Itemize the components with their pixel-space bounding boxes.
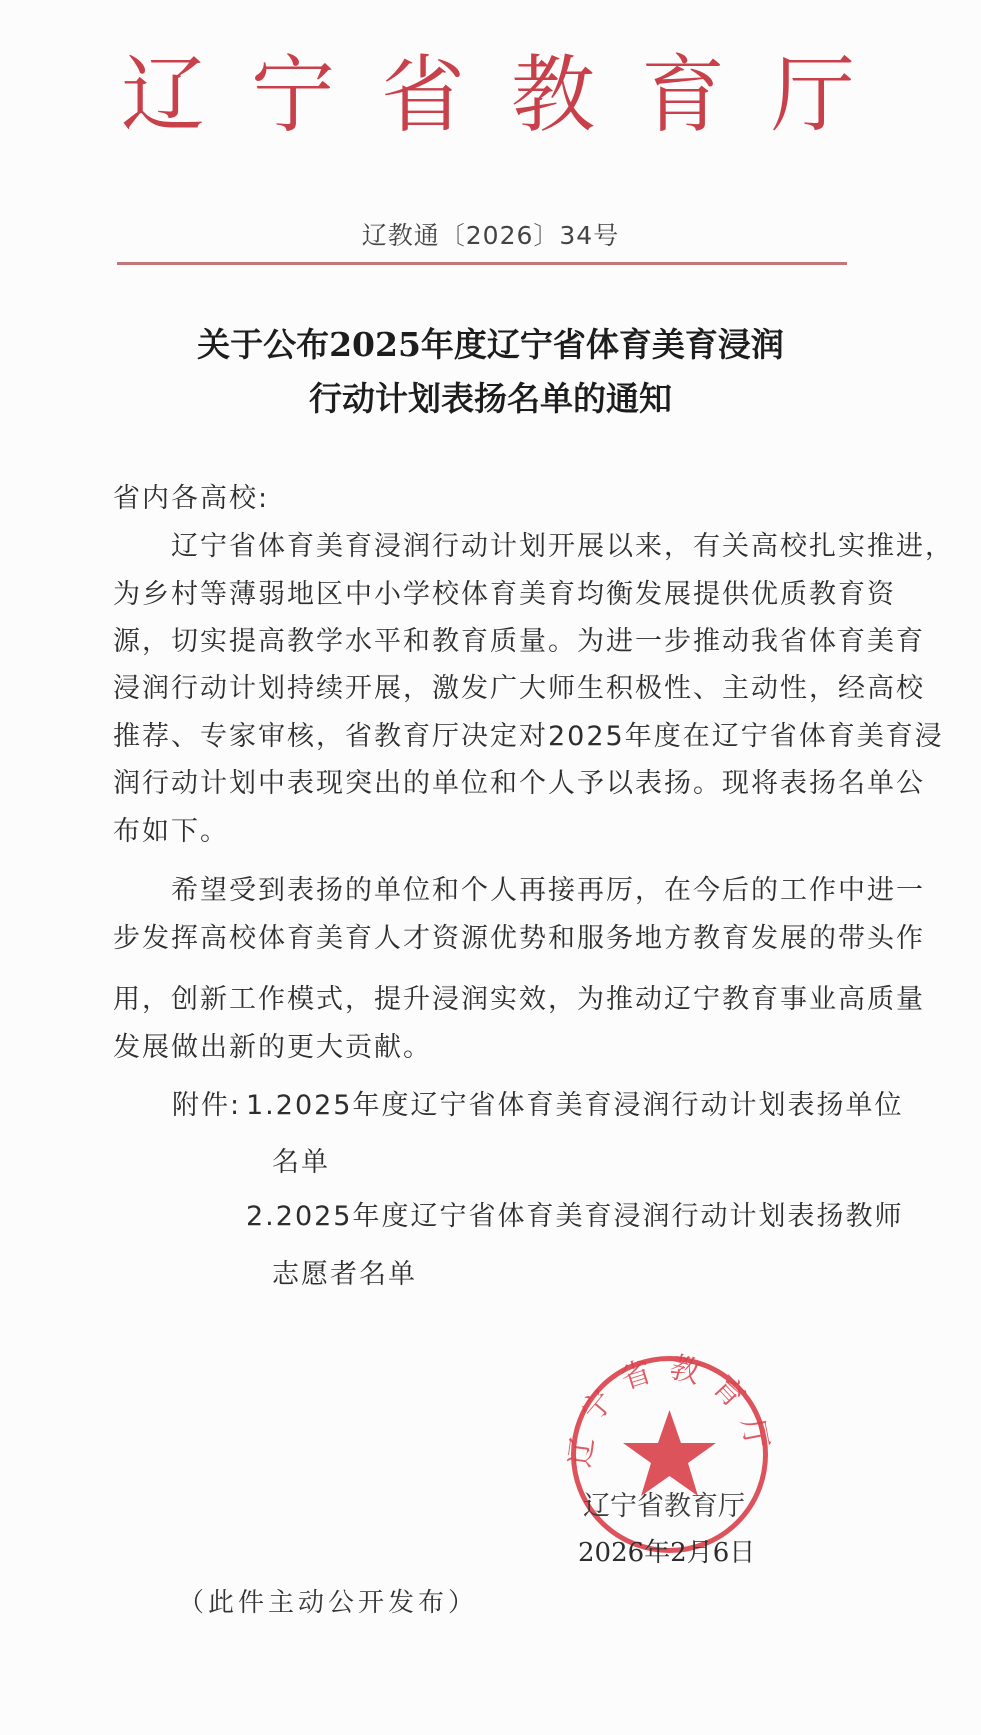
body-line: 希望受到表扬的单位和个人再接再厉，在今后的工作中进一 — [113, 874, 853, 908]
body-line: 布如下。 — [113, 815, 853, 849]
header-divider — [117, 262, 847, 265]
document-title-line-2: 行动计划表扬名单的通知 — [0, 372, 981, 426]
attachments-label: 附件: — [172, 1089, 241, 1123]
attachment-2-continued: 志愿者名单 — [272, 1258, 417, 1292]
attachment-1-continued: 名单 — [272, 1146, 330, 1180]
body-line: 为乡村等薄弱地区中小学校体育美育均衡发展提供优质教育资 — [113, 578, 853, 612]
header-char: 省 — [378, 28, 468, 149]
signing-organization: 辽宁省教育厅 — [583, 1484, 745, 1523]
header-char: 教 — [508, 28, 598, 149]
body-line: 浸润行动计划持续开展，激发广大师生积极性、主动性，经高校 — [113, 672, 853, 706]
body-line: 辽宁省体育美育浸润行动计划开展以来，有关高校扎实推进， — [113, 530, 853, 564]
body-line: 步发挥高校体育美育人才资源优势和服务地方教育发展的带头作 — [113, 922, 853, 956]
issuing-organization-header: 辽 宁 省 教 育 厅 — [118, 38, 858, 138]
body-line: 发展做出新的更大贡献。 — [113, 1031, 853, 1065]
salutation: 省内各高校: — [113, 482, 853, 516]
document-title-line-1: 关于公布2025年度辽宁省体育美育浸润 — [0, 318, 981, 372]
publication-note: （此件主动公开发布） — [178, 1582, 478, 1619]
attachment-title: 2025年度辽宁省体育美育浸润行动计划表扬单位 — [276, 1090, 904, 1121]
signing-date: 2026年2月6日 — [578, 1532, 755, 1569]
attachment-number: 2. — [246, 1201, 276, 1232]
header-char: 宁 — [248, 28, 338, 149]
body-line: 源，切实提高教学水平和教育质量。为进一步推动我省体育美育 — [113, 625, 853, 659]
document-number: 辽教通〔2026〕34号 — [0, 216, 981, 252]
attachment-2: 2.2025年度辽宁省体育美育浸润行动计划表扬教师 — [246, 1200, 903, 1234]
attachment-number: 1. — [246, 1090, 276, 1121]
body-line: 用，创新工作模式，提升浸润实效，为推动辽宁教育事业高质量 — [113, 983, 853, 1017]
body-line: 推荐、专家审核，省教育厅决定对2025年度在辽宁省体育美育浸 — [113, 720, 853, 754]
official-seal-icon: 辽宁省教育厅 — [567, 1352, 772, 1557]
body-line: 润行动计划中表现突出的单位和个人予以表扬。现将表扬名单公 — [113, 767, 853, 801]
attachment-title: 2025年度辽宁省体育美育浸润行动计划表扬教师 — [276, 1201, 904, 1232]
attachment-1: 1.2025年度辽宁省体育美育浸润行动计划表扬单位 — [246, 1089, 903, 1123]
header-char: 育 — [638, 28, 728, 149]
header-char: 辽 — [118, 28, 208, 149]
header-char: 厅 — [768, 28, 858, 149]
